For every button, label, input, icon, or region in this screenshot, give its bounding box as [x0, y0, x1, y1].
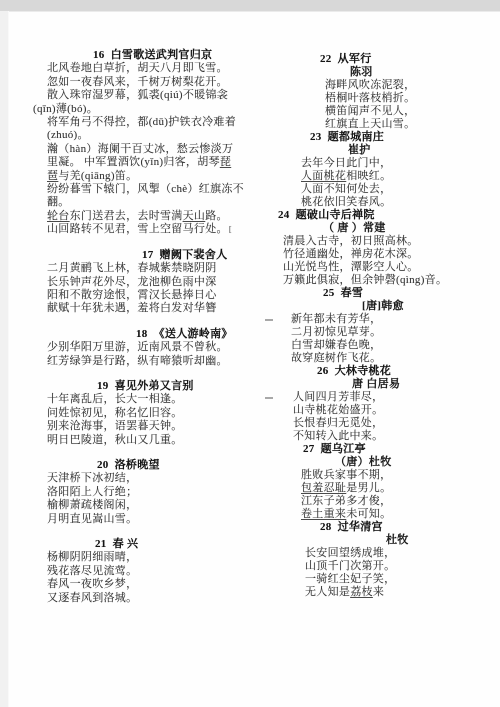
verse-text: 是男儿。 — [346, 482, 391, 494]
poem-line: 散入珠帘湿罗幕，狐裘(qiú)不暖锦衾 — [47, 89, 259, 102]
poem-title-text: 洛桥晚望 — [115, 459, 160, 471]
poem-line: 别来沧海事，语罢暮天钟。 — [47, 420, 259, 433]
poem-author: 崔护 — [348, 144, 483, 157]
poem-line: 不知转入此中来。 — [293, 430, 483, 443]
verse-text: 又逐春风到洛城。 — [47, 592, 137, 604]
poem-line: 清晨入古寺，初日照高林。 — [283, 235, 483, 248]
verse-text: 去年今日此门中， — [301, 157, 391, 169]
poem-22: 22从军行陈羽海畔风吹冻泥裂，梧桐叶落枝梢折。横笛闻声不见人，红旗直上天山雪。 — [263, 53, 483, 131]
poem-number: 26 — [317, 365, 329, 377]
poem-title: 25春雪 — [323, 287, 483, 300]
poem-line: 故穿庭树作飞花。 — [291, 352, 483, 365]
poem-line: 又逐春风到洛城。 — [47, 592, 259, 605]
poem-line: 白雪却嫌春色晚， — [291, 339, 483, 352]
verse-text: 白雪却嫌春色晚， — [291, 339, 381, 351]
poem-line: 轮台东门送君去，去时雪满天山路。 — [47, 210, 259, 223]
poem-line: 长乐钟声花外尽，龙池柳色雨中深 — [47, 276, 259, 289]
verse-text: 未可知。 — [346, 508, 391, 520]
poem-title-text: 喜见外弟又言别 — [115, 380, 194, 392]
poem-number: 28 — [320, 521, 332, 533]
poem-number: 20 — [97, 459, 109, 471]
poem-21: 21春 兴杨柳阴阴细雨晴，残花落尽见流莺。春风一夜吹乡梦，又逐春风到洛城。 — [33, 538, 259, 605]
poem-28: 28过华清宫杜牧长安回望绣成堆，山顶千门次第开。一骑红尘妃子笑，无人知是荔枝来 — [263, 521, 483, 599]
poem-author: （ 唐 ）常建 — [323, 222, 483, 235]
poem-line: 榆柳萧疏楼阁闲， — [47, 499, 259, 512]
verse-text: 纷纷暮雪下辕门，风掣（chè）红旗冻不 — [47, 183, 244, 195]
verse-text: 长恨春归无觅处， — [293, 417, 383, 429]
underlined-phrase: 天山 — [183, 210, 206, 222]
poem-25: 25春雪[唐]韩愈新年都未有芳华，二月初惊见草芽。白雪却嫌春色晚，故穿庭树作飞花… — [263, 287, 483, 365]
verse-text: 问姓惊初见，称名忆旧容。 — [47, 407, 183, 419]
poem-16: 16白雪歌送武判官归京北风卷地白草折，胡天八月即飞雪。忽如一夜春风来，千树万树梨… — [33, 49, 259, 237]
verse-text: 桃花依旧笑春风。 — [301, 196, 391, 208]
verse-text: 与羌(qiāng)笛。 — [58, 170, 137, 182]
verse-text: 山光悦鸟性，潭影空人心。 — [283, 261, 419, 273]
underlined-phrase: 琵 — [220, 156, 231, 168]
poem-number: 18 — [136, 328, 148, 340]
verse-text: 东门送君去，去时雪满 — [70, 210, 183, 222]
verse-text: 路。 — [205, 210, 228, 222]
poem-line: 人面不知何处去， — [301, 183, 483, 196]
verse-text: 红芳绿笋是行路，纵有啼猿听却幽。 — [47, 355, 228, 367]
poem-line: 北风卷地白草折，胡天八月即飞雪。 — [47, 62, 259, 75]
poem-line: 桃花依旧笑春风。 — [301, 196, 483, 209]
verse-text: 洛阳陌上人行绝； — [47, 486, 137, 498]
verse-text: 山顶千门次第开。 — [305, 560, 395, 572]
verse-text: 竹径通幽处，禅房花木深。 — [283, 248, 419, 260]
verse-text: 春风一夜吹乡梦， — [47, 578, 137, 590]
verse-text: 月明直见嵩山雪。 — [47, 513, 137, 525]
poem-line: 献赋十年犹未遇，羞将白发对华簪 — [47, 302, 259, 315]
poem-line: 山顶千门次第开。 — [305, 560, 483, 573]
verse-text: 新年都未有芳华， — [291, 313, 381, 325]
poem-title: 24题破山寺后禅院 — [278, 209, 483, 222]
poem-26: 26大林寺桃花唐 白居易人间四月芳菲尽，山寺桃花始盛开。长恨春归无觅处，不知转入… — [263, 365, 483, 443]
poem-title: 18《送人游岭南》 — [136, 328, 259, 341]
underlined-phrase: 荔枝 — [350, 586, 373, 598]
verse-text: 将军角弓不得控，都(dū)护铁衣冷难着 — [47, 116, 236, 128]
poem-line: 洛阳陌上人行绝； — [47, 486, 259, 499]
poem-line: 红旗直上天山雪。 — [325, 118, 483, 131]
poem-title: 17赠阙下裴舍人 — [142, 249, 259, 262]
poem-number: 23 — [310, 131, 322, 143]
poem-line: 江东子弟多才俊， — [301, 495, 483, 508]
verse-text: 十年离乱后，长大一相逢。 — [47, 393, 183, 405]
poem-line: 纷纷暮雪下辕门，风掣（chè）红旗冻不 — [47, 183, 259, 196]
verse-text: 瀚（hàn）海阑干百丈冰，愁云惨淡万 — [47, 143, 233, 155]
poem-line: 万籁此俱寂，但余钟磬(qìng)音。 — [283, 274, 483, 287]
poem-author: [唐]韩愈 — [362, 300, 483, 313]
verse-text: 二月初惊见草芽。 — [291, 326, 381, 338]
poem-title-text: 题破山寺后禅院 — [296, 209, 375, 221]
poem-line: 包羞忍耻是男儿。 — [301, 482, 483, 495]
poem-line: 长安回望绣成堆， — [305, 547, 483, 560]
verse-text: 一骑红尘妃子笑， — [305, 573, 395, 585]
poem-number: 19 — [97, 380, 109, 392]
poem-line: (zhuó)。 — [47, 129, 259, 142]
verse-text: 梧桐叶落枝梢折。 — [325, 92, 415, 104]
annotation-bracket: [ — [229, 225, 232, 234]
verse-text: 榆柳萧疏楼阁闲， — [47, 499, 137, 511]
poem-title: 16白雪歌送武判官归京 — [93, 49, 259, 62]
verse-text: 故穿庭树作飞花。 — [291, 352, 381, 364]
poem-line: 瀚（hàn）海阑干百丈冰，愁云惨淡万 — [47, 143, 259, 156]
poem-line: 去年今日此门中， — [301, 157, 483, 170]
poem-line: 梧桐叶落枝梢折。 — [325, 92, 483, 105]
underlined-phrase: 卷土重来 — [301, 508, 346, 520]
poem-line: 明日巴陵道，秋山又几重。 — [47, 434, 259, 447]
poem-line: 横笛闻声不见人， — [325, 105, 483, 118]
poem-line: 海畔风吹冻泥裂， — [325, 79, 483, 92]
verse-text: 长乐钟声花外尽，龙池柳色雨中深 — [47, 276, 217, 288]
poem-23: 23题都城南庄崔护去年今日此门中，人面桃花相映红。人面不知何处去，桃花依旧笑春风… — [263, 131, 483, 209]
verse-text: 残花落尽见流莺。 — [47, 565, 137, 577]
verse-text: (zhuó)。 — [47, 129, 89, 141]
poem-line: 二月初惊见草芽。 — [291, 326, 483, 339]
verse-text: 天津桥下冰初结， — [47, 472, 137, 484]
poem-line: 少别华阳万里游，近南风景不曾秋。 — [47, 341, 259, 354]
poem-title-text: 白雪歌送武判官归京 — [111, 49, 213, 61]
poem-line: 将军角弓不得控，都(dū)护铁衣冷难着 — [47, 116, 259, 129]
verse-text: 来 — [373, 586, 384, 598]
verse-text: 山寺桃花始盛开。 — [293, 404, 383, 416]
poem-column-left: 16白雪歌送武判官归京北风卷地白草折，胡天八月即飞雪。忽如一夜春风来，千树万树梨… — [33, 49, 259, 605]
poem-line: 十年离乱后，长大一相逢。 — [47, 393, 259, 406]
poem-number: 24 — [278, 209, 290, 221]
poem-title: 21春 兴 — [95, 538, 259, 551]
poem-line: 杨柳阴阴细雨晴， — [47, 551, 259, 564]
poem-line: 山寺桃花始盛开。 — [293, 404, 483, 417]
verse-text: 散入珠帘湿罗幕，狐裘(qiú)不暖锦衾 — [47, 89, 228, 101]
poem-author: 陈羽 — [350, 66, 483, 79]
poem-17: 17赠阙下裴舍人二月黄鹂飞上林，春城紫禁晓阴阴长乐钟声花外尽，龙池柳色雨中深阳和… — [33, 249, 259, 316]
poem-line: 里凝。 中军置酒饮(yǐn)归客，胡琴琵 — [47, 156, 259, 169]
poem-author: 杜牧 — [386, 534, 483, 547]
verse-text: 人间四月芳菲尽， — [293, 391, 383, 403]
poem-title: 26大林寺桃花 — [317, 365, 483, 378]
poem-number: 17 — [142, 249, 154, 261]
poem-line: 人面桃花相映红。 — [301, 170, 483, 183]
verse-text: 海畔风吹冻泥裂， — [325, 79, 415, 91]
poem-author: 唐 白居易 — [352, 378, 483, 391]
poem-line: 胜败兵家事不期， — [301, 469, 483, 482]
verse-text: 北风卷地白草折，胡天八月即飞雪。 — [47, 62, 228, 74]
poem-line: 人间四月芳菲尽， — [293, 391, 483, 404]
poem-18: 18《送人游岭南》少别华阳万里游，近南风景不曾秋。红芳绿笋是行路，纵有啼猿听却幽… — [33, 328, 259, 368]
poem-line: 山回路转不见君，雪上空留马行处。[ — [47, 223, 259, 236]
poem-line: 山光悦鸟性，潭影空人心。 — [283, 261, 483, 274]
poem-line: 竹径通幽处，禅房花木深。 — [283, 248, 483, 261]
underlined-phrase: 琶 — [47, 170, 58, 182]
verse-text: 里凝。 中军置酒饮(yǐn)归客，胡琴 — [47, 156, 220, 168]
poem-title: 28过华清宫 — [320, 521, 483, 534]
verse-text: 清晨入古寺，初日照高林。 — [283, 235, 419, 247]
poem-27: 27题乌江亭（唐）杜牧胜败兵家事不期，包羞忍耻是男儿。江东子弟多才俊，卷土重来未… — [263, 443, 483, 521]
verse-text: 长安回望绣成堆， — [305, 547, 395, 559]
margin-dash-mark — [265, 319, 273, 321]
verse-text: 杨柳阴阴细雨晴， — [47, 551, 137, 563]
poem-number: 27 — [303, 443, 315, 455]
poem-line: 残花落尽见流莺。 — [47, 565, 259, 578]
poem-title: 27题乌江亭 — [303, 443, 483, 456]
poem-title: 22从军行 — [320, 53, 483, 66]
poem-line: 问姓惊初见，称名忆旧容。 — [47, 407, 259, 420]
poem-line: 月明直见嵩山雪。 — [47, 513, 259, 526]
verse-text: 别来沧海事，语罢暮天钟。 — [47, 420, 183, 432]
poem-author: （唐）杜牧 — [335, 456, 483, 469]
underlined-phrase: 包羞忍耻 — [301, 482, 346, 494]
poem-title: 23题都城南庄 — [310, 131, 483, 144]
poem-title: 19喜见外弟又言别 — [97, 380, 259, 393]
verse-text: 横笛闻声不见人， — [325, 105, 415, 117]
poem-line: 春风一夜吹乡梦， — [47, 578, 259, 591]
poem-column-right: 22从军行陈羽海畔风吹冻泥裂，梧桐叶落枝梢折。横笛闻声不见人，红旗直上天山雪。2… — [263, 53, 483, 599]
verse-text: 献赋十年犹未遇，羞将白发对华簪 — [47, 302, 217, 314]
poem-title-text: 赠阙下裴舍人 — [160, 249, 228, 261]
verse-text: 江东子弟多才俊， — [301, 495, 391, 507]
poem-line: 忽如一夜春风来，千树万树梨花开。 — [47, 76, 259, 89]
poem-number: 25 — [323, 287, 335, 299]
poem-line: 天津桥下冰初结， — [47, 472, 259, 485]
verse-text: 万籁此俱寂，但余钟磬(qìng)音。 — [283, 274, 447, 286]
document-sheet: 16白雪歌送武判官归京北风卷地白草折，胡天八月即飞雪。忽如一夜春风来，千树万树梨… — [0, 0, 500, 707]
verse-text: (qīn)薄(bó)。 — [33, 103, 98, 115]
poem-line: 一骑红尘妃子笑， — [305, 573, 483, 586]
poem-line: 二月黄鹂飞上林，春城紫禁晓阴阴 — [47, 262, 259, 275]
poem-20: 20洛桥晚望天津桥下冰初结，洛阳陌上人行绝；榆柳萧疏楼阁闲，月明直见嵩山雪。 — [33, 459, 259, 526]
poem-line: 红芳绿笋是行路，纵有啼猿听却幽。 — [47, 355, 259, 368]
poem-title-text: 题乌江亭 — [321, 443, 366, 455]
verse-text: 无人知是 — [305, 586, 350, 598]
poem-title-text: 从军行 — [338, 53, 372, 65]
verse-text: 少别华阳万里游，近南风景不曾秋。 — [47, 341, 228, 353]
poem-number: 22 — [320, 53, 332, 65]
verse-text: 山回路转不见君，雪上空留马行处。 — [47, 223, 228, 235]
poem-title: 20洛桥晚望 — [97, 459, 259, 472]
poem-title-text: 《送人游岭南》 — [154, 328, 233, 340]
verse-text: 相映红。 — [346, 170, 391, 182]
underlined-phrase: 人面桃花 — [301, 170, 346, 182]
poem-title-text: 大林寺桃花 — [335, 365, 392, 377]
poem-line: 无人知是荔枝来 — [305, 586, 483, 599]
poem-24: 24题破山寺后禅院（ 唐 ）常建清晨入古寺，初日照高林。竹径通幽处，禅房花木深。… — [263, 209, 483, 287]
poem-line: 长恨春归无觅处， — [293, 417, 483, 430]
page: 16白雪歌送武判官归京北风卷地白草折，胡天八月即飞雪。忽如一夜春风来，千树万树梨… — [0, 0, 500, 707]
verse-text: 明日巴陵道，秋山又几重。 — [47, 434, 183, 446]
poem-line: 新年都未有芳华， — [291, 313, 483, 326]
poem-19: 19喜见外弟又言别十年离乱后，长大一相逢。问姓惊初见，称名忆旧容。别来沧海事，语… — [33, 380, 259, 447]
verse-text: 胜败兵家事不期， — [301, 469, 391, 481]
verse-text: 人面不知何处去， — [301, 183, 391, 195]
poem-title-text: 过华清宫 — [338, 521, 383, 533]
verse-text: 红旗直上天山雪。 — [325, 118, 415, 130]
verse-text: 二月黄鹂飞上林，春城紫禁晓阴阴 — [47, 262, 217, 274]
poem-line: 卷土重来未可知。 — [301, 508, 483, 521]
poem-title-text: 春 兴 — [113, 538, 139, 550]
verse-text: 不知转入此中来。 — [293, 430, 383, 442]
poem-number: 16 — [93, 49, 105, 61]
poem-line: (qīn)薄(bó)。 — [33, 103, 259, 116]
poem-line: 翻。 — [47, 196, 259, 209]
verse-text: 忽如一夜春风来，千树万树梨花开。 — [47, 76, 228, 88]
underlined-phrase: 轮台 — [47, 210, 70, 222]
verse-text: 阳和不散穷途恨，霄汉长悬捧日心 — [47, 289, 217, 301]
margin-dash-mark — [265, 397, 273, 399]
poem-number: 21 — [95, 538, 107, 550]
poem-line: 琶与羌(qiāng)笛。 — [47, 170, 259, 183]
verse-text: 翻。 — [47, 196, 70, 208]
poem-title-text: 题都城南庄 — [328, 131, 385, 143]
poem-line: 阳和不散穷途恨，霄汉长悬捧日心 — [47, 289, 259, 302]
poem-title-text: 春雪 — [341, 287, 364, 299]
